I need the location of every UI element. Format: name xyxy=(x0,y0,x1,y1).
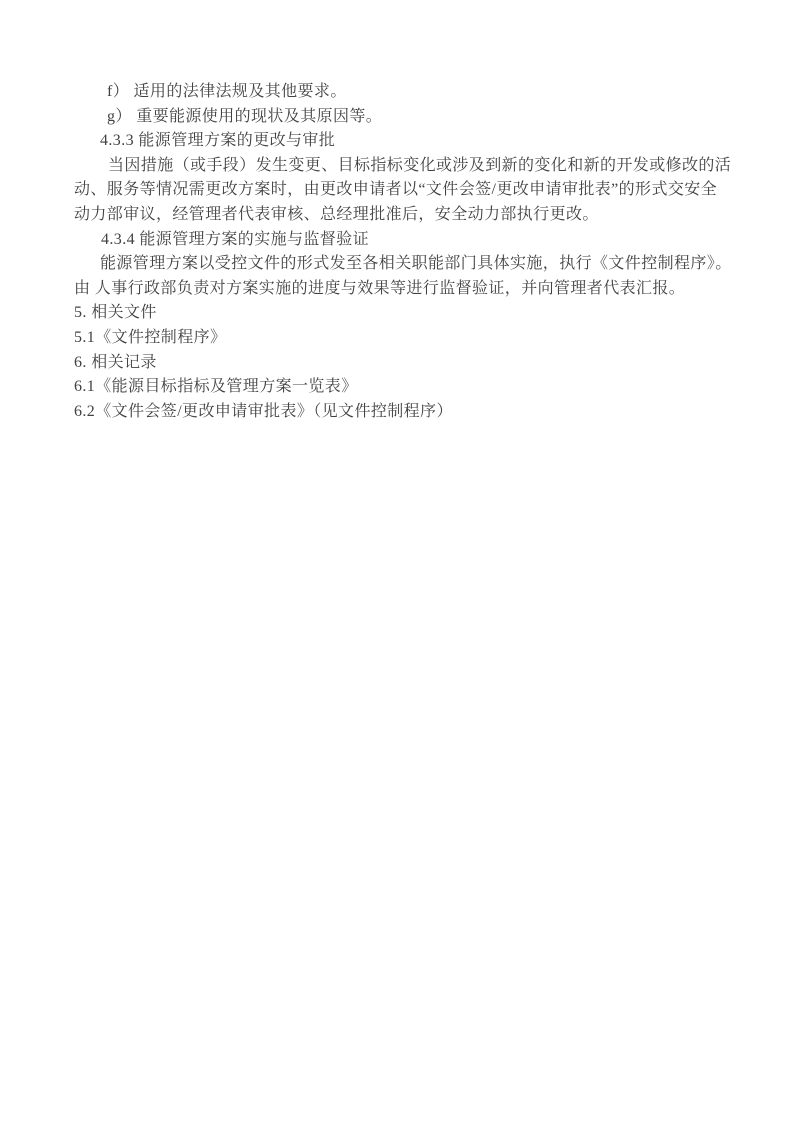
document-line: 当因措施（或手段）发生变更、目标指标变化或涉及到新的变化和新的开发或修改的活 xyxy=(74,154,764,179)
document-text-block: f） 适用的法律法规及其他要求。g） 重要能源使用的现状及其原因等。4.3.3 … xyxy=(74,80,764,424)
section-heading-line: 4.3.3 能源管理方案的更改与审批 xyxy=(74,129,764,154)
document-line: 能源管理方案以受控文件的形式发至各相关职能部门具体实施，执行《文件控制程序》。 xyxy=(74,252,764,277)
section-heading-line: 4.3.4 能源管理方案的实施与监督验证 xyxy=(74,228,764,253)
document-line: 6.1《能源目标指标及管理方案一览表》 xyxy=(74,375,764,400)
document-line: 动力部审议，经管理者代表审核、总经理批准后，安全动力部执行更改。 xyxy=(74,203,764,228)
document-line: 5.1《文件控制程序》 xyxy=(74,326,764,351)
document-line: 6.2《文件会签/更改申请审批表》（见文件控制程序） xyxy=(74,400,764,425)
document-line: g） 重要能源使用的现状及其原因等。 xyxy=(74,105,764,130)
document-line: f） 适用的法律法规及其他要求。 xyxy=(74,80,764,105)
section-heading-line: 5. 相关文件 xyxy=(74,301,764,326)
section-heading-line: 6. 相关记录 xyxy=(74,351,764,376)
document-page: f） 适用的法律法规及其他要求。g） 重要能源使用的现状及其原因等。4.3.3 … xyxy=(0,0,800,1130)
document-line: 由 人事行政部负责对方案实施的进度与效果等进行监督验证，并向管理者代表汇报。 xyxy=(74,277,764,302)
document-line: 动、服务等情况需更改方案时，由更改申请者以“文件会签/更改申请审批表”的形式交安… xyxy=(74,178,764,203)
